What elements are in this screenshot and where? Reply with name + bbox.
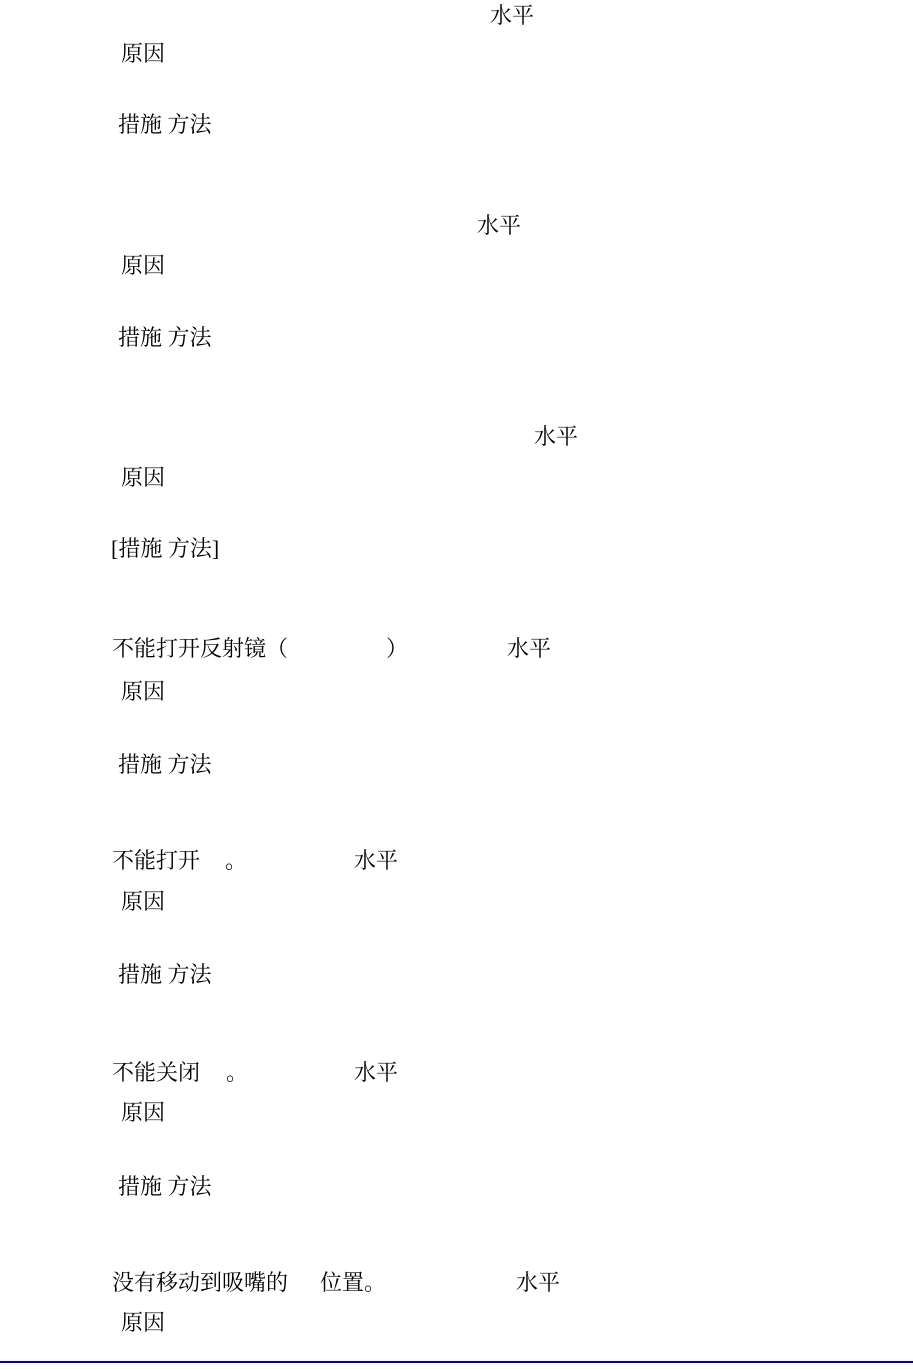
cause-label: 原因 bbox=[121, 889, 165, 915]
issue-title: 不能打开反射镜（ bbox=[112, 636, 288, 662]
cause-label: 原因 bbox=[121, 253, 165, 279]
measure-label: 措施 方法 bbox=[118, 962, 212, 988]
measure-label: 措施 方法 bbox=[118, 1174, 212, 1200]
issue-title: 没有移动到吸嘴的 bbox=[112, 1270, 288, 1296]
measure-label: 措施 方法 bbox=[118, 112, 212, 138]
bottom-rule bbox=[0, 1361, 913, 1363]
issue-title-punct: 。 bbox=[226, 1060, 248, 1086]
cause-label: 原因 bbox=[121, 679, 165, 705]
level-label: 水平 bbox=[477, 213, 521, 239]
cause-label: 原因 bbox=[121, 1100, 165, 1126]
issue-title: 不能打开 bbox=[112, 848, 200, 874]
issue-title-close: ） bbox=[386, 636, 408, 662]
cause-label: 原因 bbox=[121, 41, 165, 67]
level-label: 水平 bbox=[490, 3, 534, 29]
issue-title-mid: 位置。 bbox=[320, 1270, 386, 1296]
cause-label: 原因 bbox=[121, 465, 165, 491]
level-label: 水平 bbox=[354, 848, 398, 874]
measure-label: [措施 方法] bbox=[111, 536, 219, 562]
document-page: 水平 原因 措施 方法 水平 原因 措施 方法 水平 原因 [措施 方法] 不能… bbox=[0, 0, 913, 1369]
level-label: 水平 bbox=[534, 424, 578, 450]
level-label: 水平 bbox=[507, 636, 551, 662]
level-label: 水平 bbox=[516, 1270, 560, 1296]
measure-label: 措施 方法 bbox=[118, 325, 212, 351]
measure-label: 措施 方法 bbox=[118, 752, 212, 778]
level-label: 水平 bbox=[354, 1060, 398, 1086]
issue-title: 不能关闭 bbox=[112, 1060, 200, 1086]
cause-label: 原因 bbox=[121, 1310, 165, 1336]
issue-title-punct: 。 bbox=[225, 848, 247, 874]
